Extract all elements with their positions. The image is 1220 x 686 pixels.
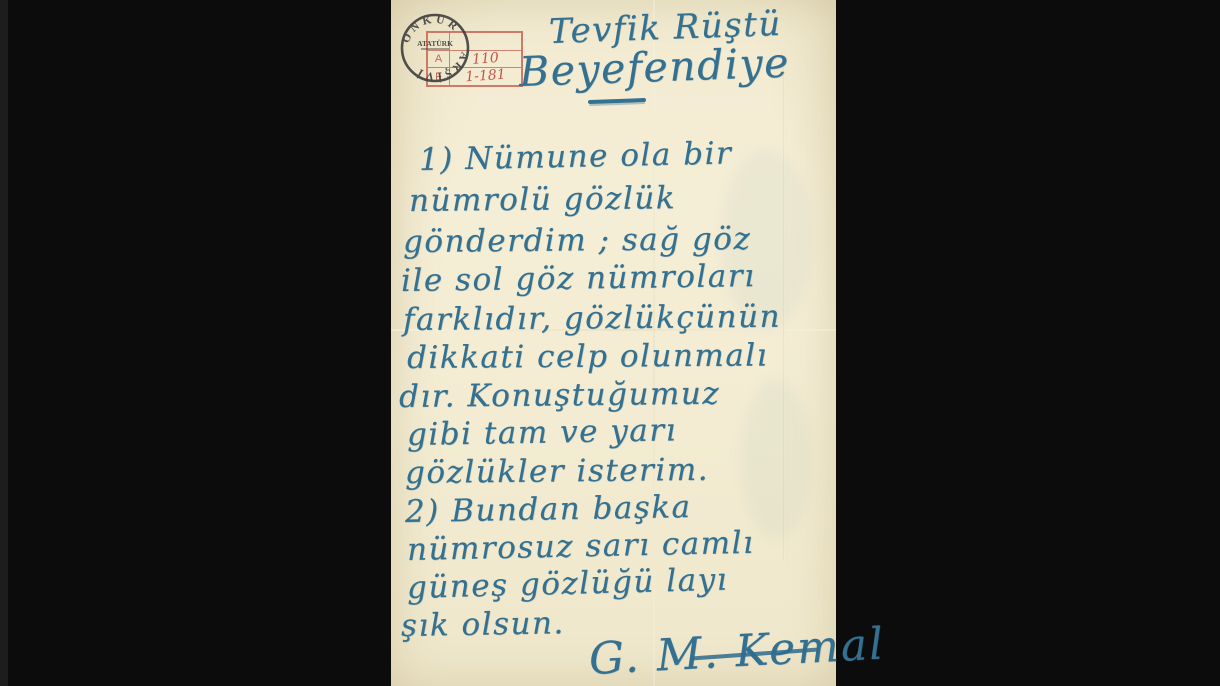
- body-line-9: gözlükler isterim.: [405, 452, 709, 491]
- ink-bleedthrough: [741, 380, 811, 540]
- body-line-1: 1) Nümune ola bir: [419, 135, 733, 178]
- body-line-2: nümrolü gözlük: [409, 180, 676, 219]
- body-line-13: şık olsun.: [401, 605, 565, 644]
- letter-page: A 110 F 1-181 ONKUR ARŞİVİ ATATÜRK Tevfi…: [391, 0, 836, 686]
- body-line-8: gibi tam ve yarı: [407, 412, 678, 453]
- vertical-fold-crease-right: [783, 60, 784, 560]
- body-line-3: gönderdim ; sağ göz: [403, 221, 752, 260]
- stamp-middle-text: ATATÜRK: [417, 39, 453, 48]
- salutation-line-2: Beyefendiye: [518, 39, 790, 96]
- circular-archive-stamp: ONKUR ARŞİVİ ATATÜRK: [399, 12, 471, 84]
- body-line-6: dikkati celp olunmalı: [407, 337, 768, 376]
- signature: G. M. Kemal: [588, 619, 887, 685]
- body-line-12: güneş gözlüğü layı: [407, 562, 729, 606]
- body-line-5: farklıdır, gözlükçünün: [403, 299, 781, 338]
- background-edge-strip: [0, 0, 8, 686]
- body-line-10: 2) Bundan başka: [405, 489, 692, 530]
- salutation-underline-dash: [588, 98, 646, 104]
- body-line-4: ile sol göz nümroları: [401, 258, 756, 299]
- body-line-7: dır. Konuştuğumuz: [399, 376, 721, 415]
